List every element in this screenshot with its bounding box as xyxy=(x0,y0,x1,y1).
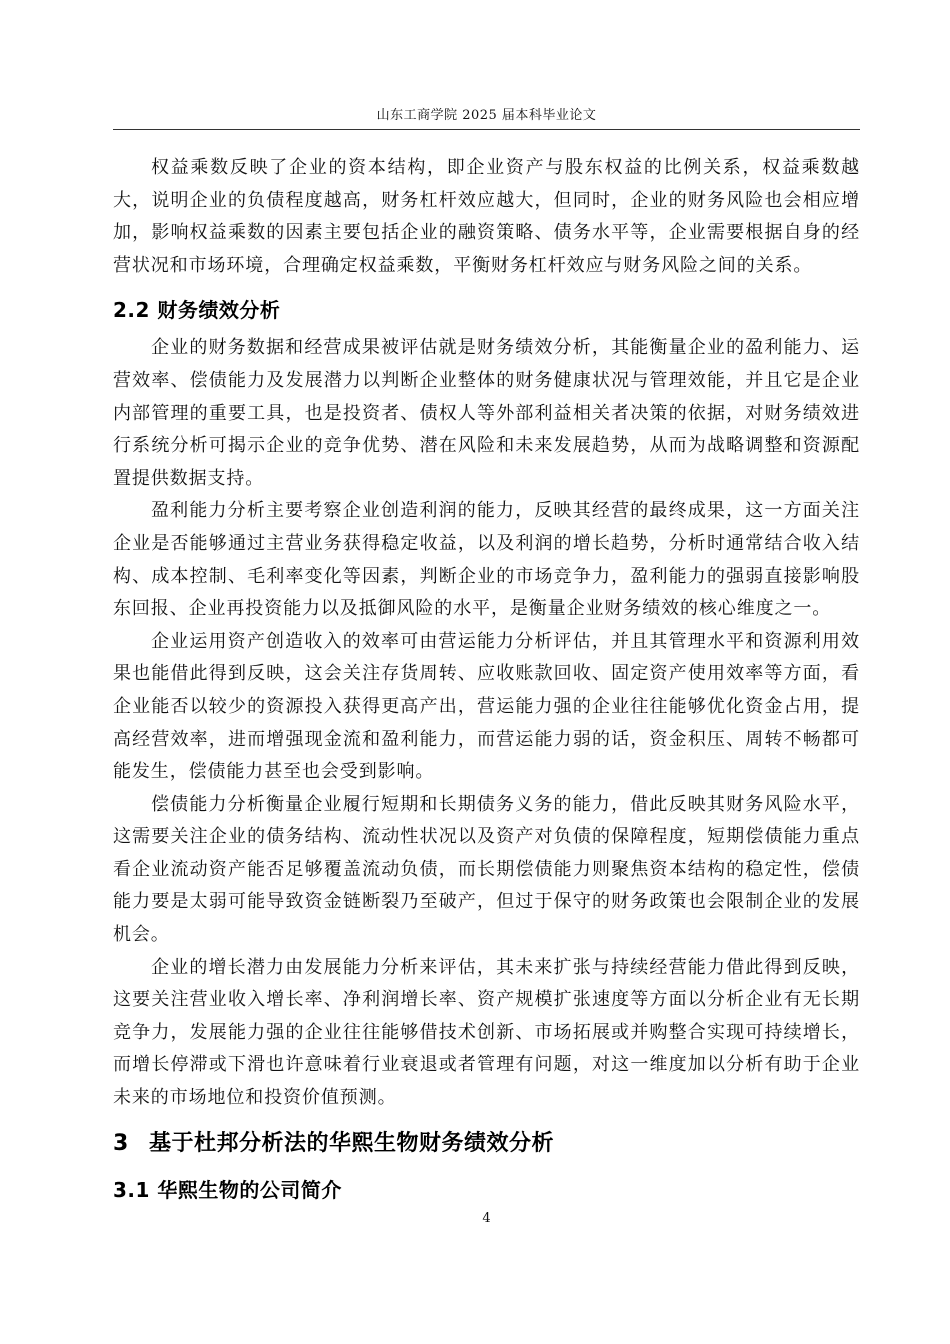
page-header: 山东工商学院 2025 届本科毕业论文 xyxy=(113,106,860,126)
heading-3-number: 3 xyxy=(113,1129,149,1159)
heading-2-2: 2.2 财务绩效分析 xyxy=(113,295,860,325)
heading-3-title: 基于杜邦分析法的华熙生物财务绩效分析 xyxy=(149,1131,554,1156)
heading-3: 3基于杜邦分析法的华熙生物财务绩效分析 xyxy=(113,1129,860,1159)
page-number: 4 xyxy=(113,1210,860,1228)
paragraph-profitability: 盈利能力分析主要考察企业创造利润的能力，反映其经营的最终成果，这一方面关注企业是… xyxy=(113,495,860,625)
paragraph-operating-capacity: 企业运用资产创造收入的效率可由营运能力分析评估，并且其管理水平和资源利用效果也能… xyxy=(113,626,860,789)
header-divider xyxy=(113,129,860,130)
paragraph-growth: 企业的增长潜力由发展能力分析来评估，其未来扩张与持续经营能力借此得到反映，这要关… xyxy=(113,952,860,1115)
page-content: 权益乘数反映了企业的资本结构，即企业资产与股东权益的比例关系，权益乘数越大，说明… xyxy=(113,152,860,1205)
paragraph-equity-multiplier: 权益乘数反映了企业的资本结构，即企业资产与股东权益的比例关系，权益乘数越大，说明… xyxy=(113,152,860,282)
heading-3-1: 3.1 华熙生物的公司简介 xyxy=(113,1175,860,1205)
paragraph-solvency: 偿债能力分析衡量企业履行短期和长期债务义务的能力，借此反映其财务风险水平，这需要… xyxy=(113,789,860,952)
paragraph-financial-performance: 企业的财务数据和经营成果被评估就是财务绩效分析，其能衡量企业的盈利能力、运营效率… xyxy=(113,332,860,495)
section-2-2-body: 企业的财务数据和经营成果被评估就是财务绩效分析，其能衡量企业的盈利能力、运营效率… xyxy=(113,332,860,1114)
